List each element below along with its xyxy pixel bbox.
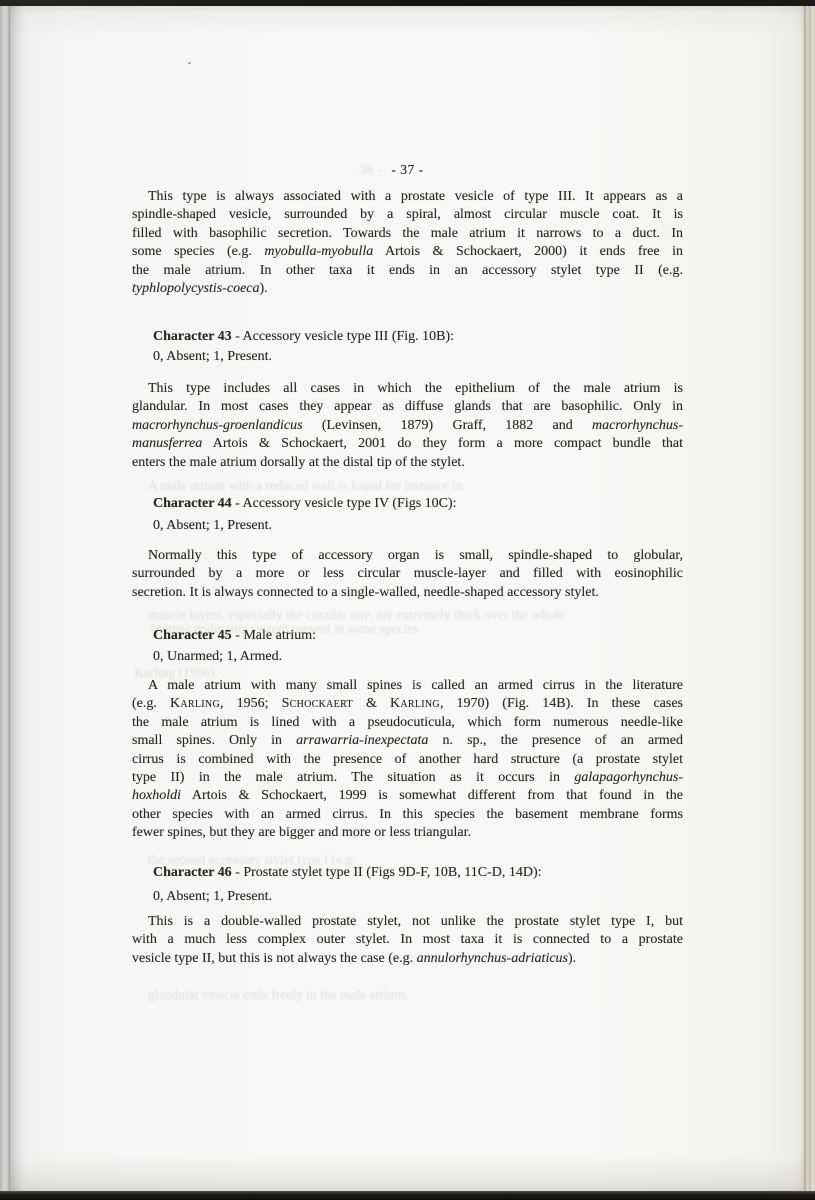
text-run: ). <box>260 281 268 296</box>
text-run: surrounded by a more or less circular mu… <box>132 566 683 581</box>
species-name-italic: galapagorhynchus- <box>574 770 683 785</box>
text-run: vesicle type II, but this is not always … <box>132 951 417 966</box>
text-line: manusferrea Artois & Schockaert, 2001 do… <box>132 435 683 453</box>
character-46-heading-rest: - Prostate stylet type II (Figs 9D-F, 10… <box>232 865 542 880</box>
text-run: secretion. It is always connected to a s… <box>132 585 599 600</box>
character-46-coding: 0, Absent; 1, Present. <box>132 888 704 906</box>
character-46-paragraph: This is a double-walled prostate stylet,… <box>132 913 683 968</box>
character-45-label: Character 45 <box>153 628 232 643</box>
text-line: glandular. In most cases they appear as … <box>132 398 683 416</box>
species-name-italic: hoxholdi <box>132 788 181 803</box>
author-smallcaps: Schockaert <box>282 696 353 711</box>
character-44-heading: Character 44 - Accessory vesicle type IV… <box>132 495 704 513</box>
character-43-label: Character 43 <box>153 329 232 344</box>
text-run: A male atrium with many small spines is … <box>148 678 683 693</box>
text-run: enters the male atrium dorsally at the d… <box>132 455 465 470</box>
text-run: Artois & Schockaert, 2001 do they form a… <box>202 436 683 451</box>
text-line: This is a double-walled prostate stylet,… <box>132 913 683 931</box>
text-line: Normally this type of accessory organ is… <box>132 547 683 565</box>
text-line: secretion. It is always connected to a s… <box>132 584 683 602</box>
text-line: with a much less complex outer stylet. I… <box>132 931 683 949</box>
species-name-italic: macrorhynchus-groenlandicus <box>132 418 303 433</box>
text-run: filled with basophilic secretion. Toward… <box>132 226 683 241</box>
character-43-coding: 0, Absent; 1, Present. <box>132 348 704 366</box>
text-line: enters the male atrium dorsally at the d… <box>132 454 683 472</box>
character-44-paragraph: Normally this type of accessory organ is… <box>132 547 683 602</box>
text-run: small spines. Only in <box>132 733 296 748</box>
character-43-paragraph: This type includes all cases in which th… <box>132 380 683 472</box>
page-number: - 37 - <box>132 161 683 179</box>
text-line: typhlopolycystis-coeca). <box>132 280 683 298</box>
text-run: the male atrium is lined with a pseudocu… <box>132 715 683 730</box>
bleedthrough-text: glandular vesicle ends freely in the mal… <box>148 986 408 1003</box>
author-smallcaps: Karling <box>390 696 440 711</box>
text-run: This type includes all cases in which th… <box>148 381 683 396</box>
text-line: other species with an armed cirrus. In t… <box>132 806 683 824</box>
text-line: surrounded by a more or less circular mu… <box>132 565 683 583</box>
page-block-edge-right <box>804 0 815 1200</box>
text-run: spindle-shaped vesicle, surrounded by a … <box>132 207 683 222</box>
text-line: cirrus is combined with the presence of … <box>132 751 683 769</box>
text-line: This type includes all cases in which th… <box>132 380 683 398</box>
author-smallcaps: Karling <box>170 696 220 711</box>
scanned-document-page: - 38 -A male atrium with a reduced wall … <box>0 0 815 1200</box>
character-45-coding: 0, Unarmed; 1, Armed. <box>132 648 704 666</box>
species-name-italic: arrawarria-inexpectata <box>296 733 428 748</box>
species-name-italic: manusferrea <box>132 436 202 451</box>
character-43-heading-rest: - Accessory vesicle type III (Fig. 10B): <box>232 329 454 344</box>
text-run: n. sp., the presence of an armed <box>428 733 683 748</box>
text-run: This type is always associated with a pr… <box>148 189 683 204</box>
text-line: small spines. Only in arrawarria-inexpec… <box>132 732 683 750</box>
text-line: fewer spines, but they are bigger and mo… <box>132 824 683 842</box>
text-line: (e.g. Karling, 1956; Schockaert & Karlin… <box>132 695 683 713</box>
character-45-paragraph: A male atrium with many small spines is … <box>132 677 683 843</box>
text-run: (Levinsen, 1879) Graff, 1882 and <box>303 418 592 433</box>
text-line: spindle-shaped vesicle, surrounded by a … <box>132 206 683 224</box>
text-run: type II) in the male atrium. The situati… <box>132 770 574 785</box>
character-46-label: Character 46 <box>153 865 232 880</box>
text-run: the male atrium. In other taxa it ends i… <box>132 263 683 278</box>
text-run: other species with an armed cirrus. In t… <box>132 807 683 822</box>
text-line: hoxholdi Artois & Schockaert, 1999 is so… <box>132 787 683 805</box>
text-line: This type is always associated with a pr… <box>132 188 683 206</box>
text-run: some species (e.g. <box>132 244 264 259</box>
scan-edge-top <box>0 0 815 6</box>
character-44-coding: 0, Absent; 1, Present. <box>132 517 704 535</box>
text-line: the male atrium. In other taxa it ends i… <box>132 262 683 280</box>
species-name-italic: macrorhynchus- <box>592 418 683 433</box>
text-run: Artois & Schockaert, 2000) it ends free … <box>373 244 683 259</box>
text-run: Artois & Schockaert, 1999 is somewhat di… <box>181 788 683 803</box>
bleedthrough-text: A male atrium with a reduced wall is fou… <box>148 477 463 494</box>
character-45-heading-rest: - Male atrium: <box>232 628 316 643</box>
character-45-heading: Character 45 - Male atrium: <box>132 627 704 645</box>
binding-edge-left <box>0 0 10 1200</box>
intro-paragraph: This type is always associated with a pr… <box>132 188 683 298</box>
character-46-heading: Character 46 - Prostate stylet type II (… <box>132 864 704 882</box>
text-line: type II) in the male atrium. The situati… <box>132 769 683 787</box>
scan-edge-bottom <box>0 1191 815 1200</box>
text-run: cirrus is combined with the presence of … <box>132 752 683 767</box>
text-line: some species (e.g. myobulla-myobulla Art… <box>132 243 683 261</box>
text-line: macrorhynchus-groenlandicus (Levinsen, 1… <box>132 417 683 435</box>
text-run: (e.g. <box>132 696 170 711</box>
text-run: with a much less complex outer stylet. I… <box>132 932 683 947</box>
character-44-label: Character 44 <box>153 496 232 511</box>
species-name-italic: annulorhynchus-adriaticus <box>417 951 568 966</box>
text-run: ). <box>568 951 576 966</box>
text-line: filled with basophilic secretion. Toward… <box>132 225 683 243</box>
text-run: glandular. In most cases they appear as … <box>132 399 683 414</box>
text-run: , 1956; <box>220 696 282 711</box>
text-run: , 1970) (Fig. 14B). In these cases <box>440 696 683 711</box>
scan-speck <box>188 62 191 64</box>
character-43-heading: Character 43 - Accessory vesicle type II… <box>132 328 704 346</box>
text-line: the male atrium is lined with a pseudocu… <box>132 714 683 732</box>
text-run: This is a double-walled prostate stylet,… <box>148 914 683 929</box>
text-line: vesicle type II, but this is not always … <box>132 950 683 968</box>
species-name-italic: myobulla-myobulla <box>264 244 373 259</box>
text-run: Normally this type of accessory organ is… <box>148 548 683 563</box>
text-line: A male atrium with many small spines is … <box>132 677 683 695</box>
text-run: fewer spines, but they are bigger and mo… <box>132 825 471 840</box>
text-run: & <box>353 696 390 711</box>
character-44-heading-rest: - Accessory vesicle type IV (Figs 10C): <box>232 496 457 511</box>
species-name-italic: typhlopolycystis-coeca <box>132 281 260 296</box>
